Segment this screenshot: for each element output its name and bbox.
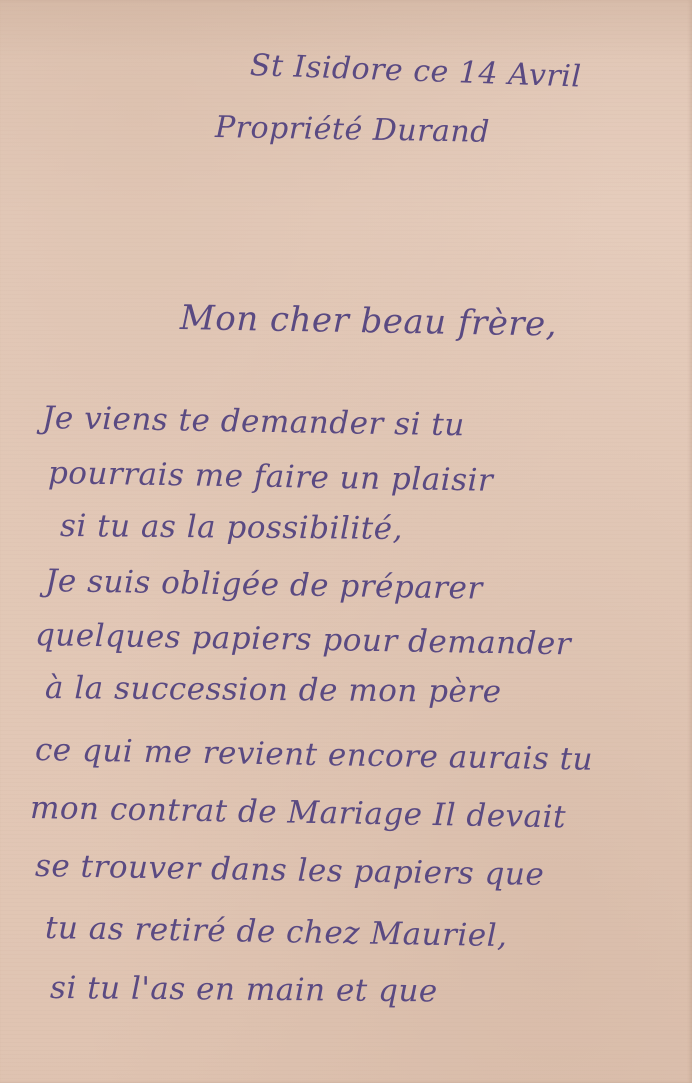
letter-salutation: Mon cher beau frère, — [180, 298, 558, 345]
letter-body-line: si tu as la possibilité, — [60, 508, 403, 547]
letter-body-line: quelques papiers pour demander — [35, 617, 572, 662]
letter-body-line: ce qui me revient encore aurais tu — [35, 732, 594, 778]
letter-location: Propriété Durand — [215, 110, 491, 150]
letter-body-line: à la succession de mon père — [45, 670, 502, 710]
letter-body-line: Je suis obligée de préparer — [45, 563, 483, 607]
letter-page: St Isidore ce 14 Avril Propriété Durand … — [0, 0, 692, 1083]
letter-body-line: pourrais me faire un plaisir — [48, 455, 494, 499]
letter-body-line: Je viens te demander si tu — [42, 400, 465, 443]
letter-body-line: si tu l'as en main et que — [50, 970, 438, 1009]
letter-body-line: tu as retiré de chez Mauriel, — [45, 910, 508, 954]
letter-body-line: se trouver dans les papiers que — [35, 848, 545, 893]
letter-body-line: mon contrat de Mariage Il devait — [30, 790, 567, 835]
